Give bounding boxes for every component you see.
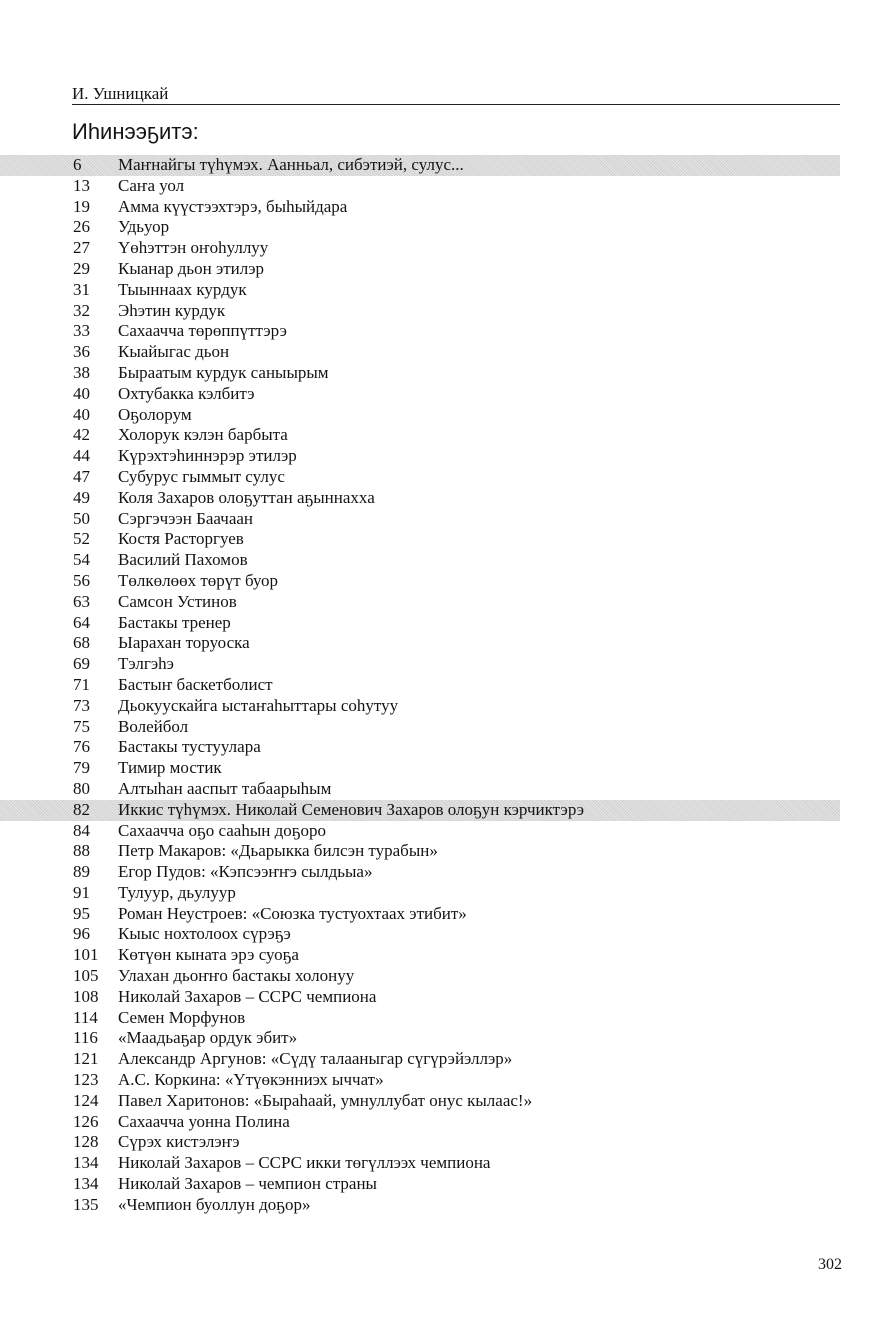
toc-entry-title: Дьокуускайга ыстаҥаhыттары соhутуу: [118, 696, 398, 717]
toc-page-number: 27: [73, 238, 90, 259]
toc-entry: 54Василий Пахомов: [0, 550, 889, 571]
toc-entry: 95Роман Неустроев: «Союзка тустуохтаах э…: [0, 904, 889, 925]
toc-entry: 56Төлкөлөөх төрүт буор: [0, 571, 889, 592]
toc-entry: 134Николай Захаров – чемпион страны: [0, 1174, 889, 1195]
toc-page-number: 38: [73, 363, 90, 384]
page-title: Иhинээҕитэ:: [72, 118, 199, 146]
toc-page-number: 121: [73, 1049, 99, 1070]
toc-entry-title: Күрэхтэhиннэрэр этилэр: [118, 446, 297, 467]
toc-entry: 80Алтыhан ааспыт табаарыhым: [0, 779, 889, 800]
toc-page-number: 96: [73, 924, 90, 945]
toc-page-number: 49: [73, 488, 90, 509]
toc-entry-title: Саҥа уол: [118, 176, 184, 197]
toc-entry-title: Самсон Устинов: [118, 592, 237, 613]
toc-entry: 114Семен Морфунов: [0, 1008, 889, 1029]
toc-page-number: 6: [73, 155, 82, 176]
toc-page-number: 13: [73, 176, 90, 197]
toc-entry: 79Тимир мостик: [0, 758, 889, 779]
toc-entry: 33Сахаачча төрөппүттэрэ: [0, 321, 889, 342]
toc-entry: 89Егор Пудов: «Кэпсээҥҥэ сылдьыа»: [0, 862, 889, 883]
toc-entry-title: Сэргэчээн Баачаан: [118, 509, 253, 530]
toc-page-number: 31: [73, 280, 90, 301]
toc-entry-title: Александр Аргунов: «Сүдү талааныгар сүгү…: [118, 1049, 512, 1070]
toc-entry-title: «Маадьаҕар ордук эбит»: [118, 1028, 297, 1049]
toc-entry-title: Улахан дьоҥҥо бастакы холонуу: [118, 966, 354, 987]
toc-entry-title: Алтыhан ааспыт табаарыhым: [118, 779, 331, 800]
toc-entry-title: Удьуор: [118, 217, 169, 238]
header-rule: [72, 104, 840, 105]
toc-page-number: 47: [73, 467, 90, 488]
toc-entry-title: Тыыннаах курдук: [118, 280, 247, 301]
toc-entry-title: Николай Захаров – ССРС чемпиона: [118, 987, 376, 1008]
toc-entry-title: Роман Неустроев: «Союзка тустуохтаах эти…: [118, 904, 467, 925]
toc-entry: 96Кыыс нохтолоох сүрэҕэ: [0, 924, 889, 945]
toc-page-number: 134: [73, 1153, 99, 1174]
toc-entry-title: Төлкөлөөх төрүт буор: [118, 571, 278, 592]
toc-entry: 84Сахаачча оҕо сааhын доҕоро: [0, 821, 889, 842]
toc-entry-title: Егор Пудов: «Кэпсээҥҥэ сылдьыа»: [118, 862, 372, 883]
toc-entry: 47Субурус гыммыт сулус: [0, 467, 889, 488]
toc-entry-title: Амма күүстээхтэрэ, быhыйдара: [118, 197, 347, 218]
running-head-author: И. Ушницкай: [72, 84, 168, 104]
toc-entry-title: Холорук кэлэн барбыта: [118, 425, 288, 446]
toc-entry-title: Кыанар дьон этилэр: [118, 259, 264, 280]
toc-entry-title: Сахаачча оҕо сааhын доҕоро: [118, 821, 326, 842]
toc-entry: 49Коля Захаров олоҕуттан аҕыннахха: [0, 488, 889, 509]
toc-entry: 27Үөhэттэн оҥоhуллуу: [0, 238, 889, 259]
toc-entry-title: Сахаачча уонна Полина: [118, 1112, 290, 1133]
toc-page-number: 88: [73, 841, 90, 862]
toc-page-number: 124: [73, 1091, 99, 1112]
toc-page-number: 33: [73, 321, 90, 342]
toc-entry: 101Көтүөн кыната эрэ суоҕа: [0, 945, 889, 966]
toc-entry: 123А.С. Коркина: «Үтүөкэнниэх ыччат»: [0, 1070, 889, 1091]
toc-entry: 121Александр Аргунов: «Сүдү талааныгар с…: [0, 1049, 889, 1070]
toc-page-number: 76: [73, 737, 90, 758]
toc-entry: 26Удьуор: [0, 217, 889, 238]
toc-page-number: 135: [73, 1195, 99, 1216]
toc-page-number: 89: [73, 862, 90, 883]
toc-page-number: 128: [73, 1132, 99, 1153]
toc-page-number: 91: [73, 883, 90, 904]
toc-page-number: 69: [73, 654, 90, 675]
toc-entry: 40Оҕолорум: [0, 405, 889, 426]
toc-entry: 44Күрэхтэhиннэрэр этилэр: [0, 446, 889, 467]
toc-entry-title: Кыайыгас дьон: [118, 342, 229, 363]
toc-entry: 38Быраатым курдук саныырым: [0, 363, 889, 384]
toc-entry-title: Сүрэх кистэлэҥэ: [118, 1132, 240, 1153]
toc-entry: 76Бастакы тустуулара: [0, 737, 889, 758]
toc-entry-title: Павел Харитонов: «Быраhаай, умнуллубат о…: [118, 1091, 532, 1112]
toc-entry: 134Николай Захаров – ССРС икки төгүллээх…: [0, 1153, 889, 1174]
toc-page-number: 75: [73, 717, 90, 738]
toc-page-number: 134: [73, 1174, 99, 1195]
toc-page-number: 52: [73, 529, 90, 550]
toc-entry: 19Амма күүстээхтэрэ, быhыйдара: [0, 197, 889, 218]
toc-page-number: 54: [73, 550, 90, 571]
toc-page-number: 114: [73, 1008, 98, 1029]
toc-entry: 88Петр Макаров: «Дьарыкка билсэн турабын…: [0, 841, 889, 862]
toc-entry-title: Бастакы тренер: [118, 613, 231, 634]
toc-page-number: 50: [73, 509, 90, 530]
page-number: 302: [818, 1256, 842, 1274]
toc-entry: 42Холорук кэлэн барбыта: [0, 425, 889, 446]
toc-entry: 36Кыайыгас дьон: [0, 342, 889, 363]
toc-entry: 31Тыыннаах курдук: [0, 280, 889, 301]
toc-page-number: 19: [73, 197, 90, 218]
toc-entry-title: Коля Захаров олоҕуттан аҕыннахха: [118, 488, 375, 509]
toc-page-number: 126: [73, 1112, 99, 1133]
toc-entry-title: Көтүөн кыната эрэ суоҕа: [118, 945, 299, 966]
toc-page-number: 71: [73, 675, 90, 696]
toc-page-number: 79: [73, 758, 90, 779]
toc-page-number: 64: [73, 613, 90, 634]
toc-page-number: 40: [73, 384, 90, 405]
toc-page-number: 32: [73, 301, 90, 322]
toc-page-number: 29: [73, 259, 90, 280]
toc-page-number: 44: [73, 446, 90, 467]
toc-page-number: 56: [73, 571, 90, 592]
toc-entry-title: А.С. Коркина: «Үтүөкэнниэх ыччат»: [118, 1070, 384, 1091]
toc-page-number: 63: [73, 592, 90, 613]
toc-page-number: 116: [73, 1028, 98, 1049]
toc-page-number: 84: [73, 821, 90, 842]
toc-page-number: 73: [73, 696, 90, 717]
toc-page-number: 101: [73, 945, 99, 966]
toc-entry-title: Эhэтин курдук: [118, 301, 225, 322]
toc-entry-title: Тимир мостик: [118, 758, 222, 779]
toc-entry-title: Субурус гыммыт сулус: [118, 467, 285, 488]
toc-entry-title: Бастакы тустуулара: [118, 737, 261, 758]
toc-entry: 108Николай Захаров – ССРС чемпиона: [0, 987, 889, 1008]
toc-page-number: 80: [73, 779, 90, 800]
toc-entry-title: Василий Пахомов: [118, 550, 248, 571]
toc-entry-title: Охтубакка кэлбитэ: [118, 384, 255, 405]
toc-entry-title: Быраатым курдук саныырым: [118, 363, 329, 384]
toc-entry-title: Волейбол: [118, 717, 188, 738]
toc-page-number: 123: [73, 1070, 99, 1091]
toc-entry-title: Үөhэттэн оҥоhуллуу: [118, 238, 268, 259]
toc-page-number: 105: [73, 966, 99, 987]
toc-entry: 116«Маадьаҕар ордук эбит»: [0, 1028, 889, 1049]
toc-entry: 124Павел Харитонов: «Быраhаай, умнуллуба…: [0, 1091, 889, 1112]
toc-entry: 128Сүрэх кистэлэҥэ: [0, 1132, 889, 1153]
toc-entry: 73Дьокуускайга ыстаҥаhыттары соhутуу: [0, 696, 889, 717]
toc-entry-title: Костя Расторгуев: [118, 529, 244, 550]
toc-entry: 126Сахаачча уонна Полина: [0, 1112, 889, 1133]
toc-entry: 52Костя Расторгуев: [0, 529, 889, 550]
toc-page-number: 95: [73, 904, 90, 925]
toc-entry: 63Самсон Устинов: [0, 592, 889, 613]
toc-entry-title: Кыыс нохтолоох сүрэҕэ: [118, 924, 291, 945]
toc-entry: 13Саҥа уол: [0, 176, 889, 197]
toc-page-number: 26: [73, 217, 90, 238]
toc-entry-title: «Чемпион буоллун доҕор»: [118, 1195, 310, 1216]
toc-entry-title: Тулуур, дьулуур: [118, 883, 236, 904]
table-of-contents: 6Маҥнайгы түhүмэх. Аанньал, сибэтиэй, су…: [0, 155, 889, 1216]
toc-section-heading: 6Маҥнайгы түhүмэх. Аанньал, сибэтиэй, су…: [0, 155, 840, 176]
toc-entry-title: Сахаачча төрөппүттэрэ: [118, 321, 287, 342]
toc-entry-title: Бастыҥ баскетболист: [118, 675, 273, 696]
toc-page-number: 68: [73, 633, 90, 654]
toc-entry: 69Тэлгэhэ: [0, 654, 889, 675]
toc-entry-title: Ыарахан торуоска: [118, 633, 250, 654]
toc-entry: 75Волейбол: [0, 717, 889, 738]
toc-entry: 91Тулуур, дьулуур: [0, 883, 889, 904]
toc-section-heading: 82Иккис түhүмэх. Николай Семенович Захар…: [0, 800, 840, 821]
toc-entry-title: Маҥнайгы түhүмэх. Аанньал, сибэтиэй, сул…: [118, 155, 464, 176]
toc-entry: 71Бастыҥ баскетболист: [0, 675, 889, 696]
toc-entry: 64Бастакы тренер: [0, 613, 889, 634]
toc-page-number: 82: [73, 800, 90, 821]
toc-entry: 40Охтубакка кэлбитэ: [0, 384, 889, 405]
toc-entry: 50Сэргэчээн Баачаан: [0, 509, 889, 530]
toc-page-number: 42: [73, 425, 90, 446]
toc-entry: 29Кыанар дьон этилэр: [0, 259, 889, 280]
toc-entry: 105Улахан дьоҥҥо бастакы холонуу: [0, 966, 889, 987]
toc-entry-title: Оҕолорум: [118, 405, 192, 426]
toc-entry-title: Николай Захаров – ССРС икки төгүллээх че…: [118, 1153, 490, 1174]
toc-page-number: 40: [73, 405, 90, 426]
toc-entry-title: Петр Макаров: «Дьарыкка билсэн турабын»: [118, 841, 438, 862]
toc-page-number: 108: [73, 987, 99, 1008]
toc-entry-title: Тэлгэhэ: [118, 654, 174, 675]
toc-entry-title: Иккис түhүмэх. Николай Семенович Захаров…: [118, 800, 584, 821]
toc-entry: 135«Чемпион буоллун доҕор»: [0, 1195, 889, 1216]
toc-entry-title: Семен Морфунов: [118, 1008, 245, 1029]
toc-entry: 32Эhэтин курдук: [0, 301, 889, 322]
toc-page-number: 36: [73, 342, 90, 363]
toc-entry-title: Николай Захаров – чемпион страны: [118, 1174, 377, 1195]
toc-entry: 68Ыарахан торуоска: [0, 633, 889, 654]
